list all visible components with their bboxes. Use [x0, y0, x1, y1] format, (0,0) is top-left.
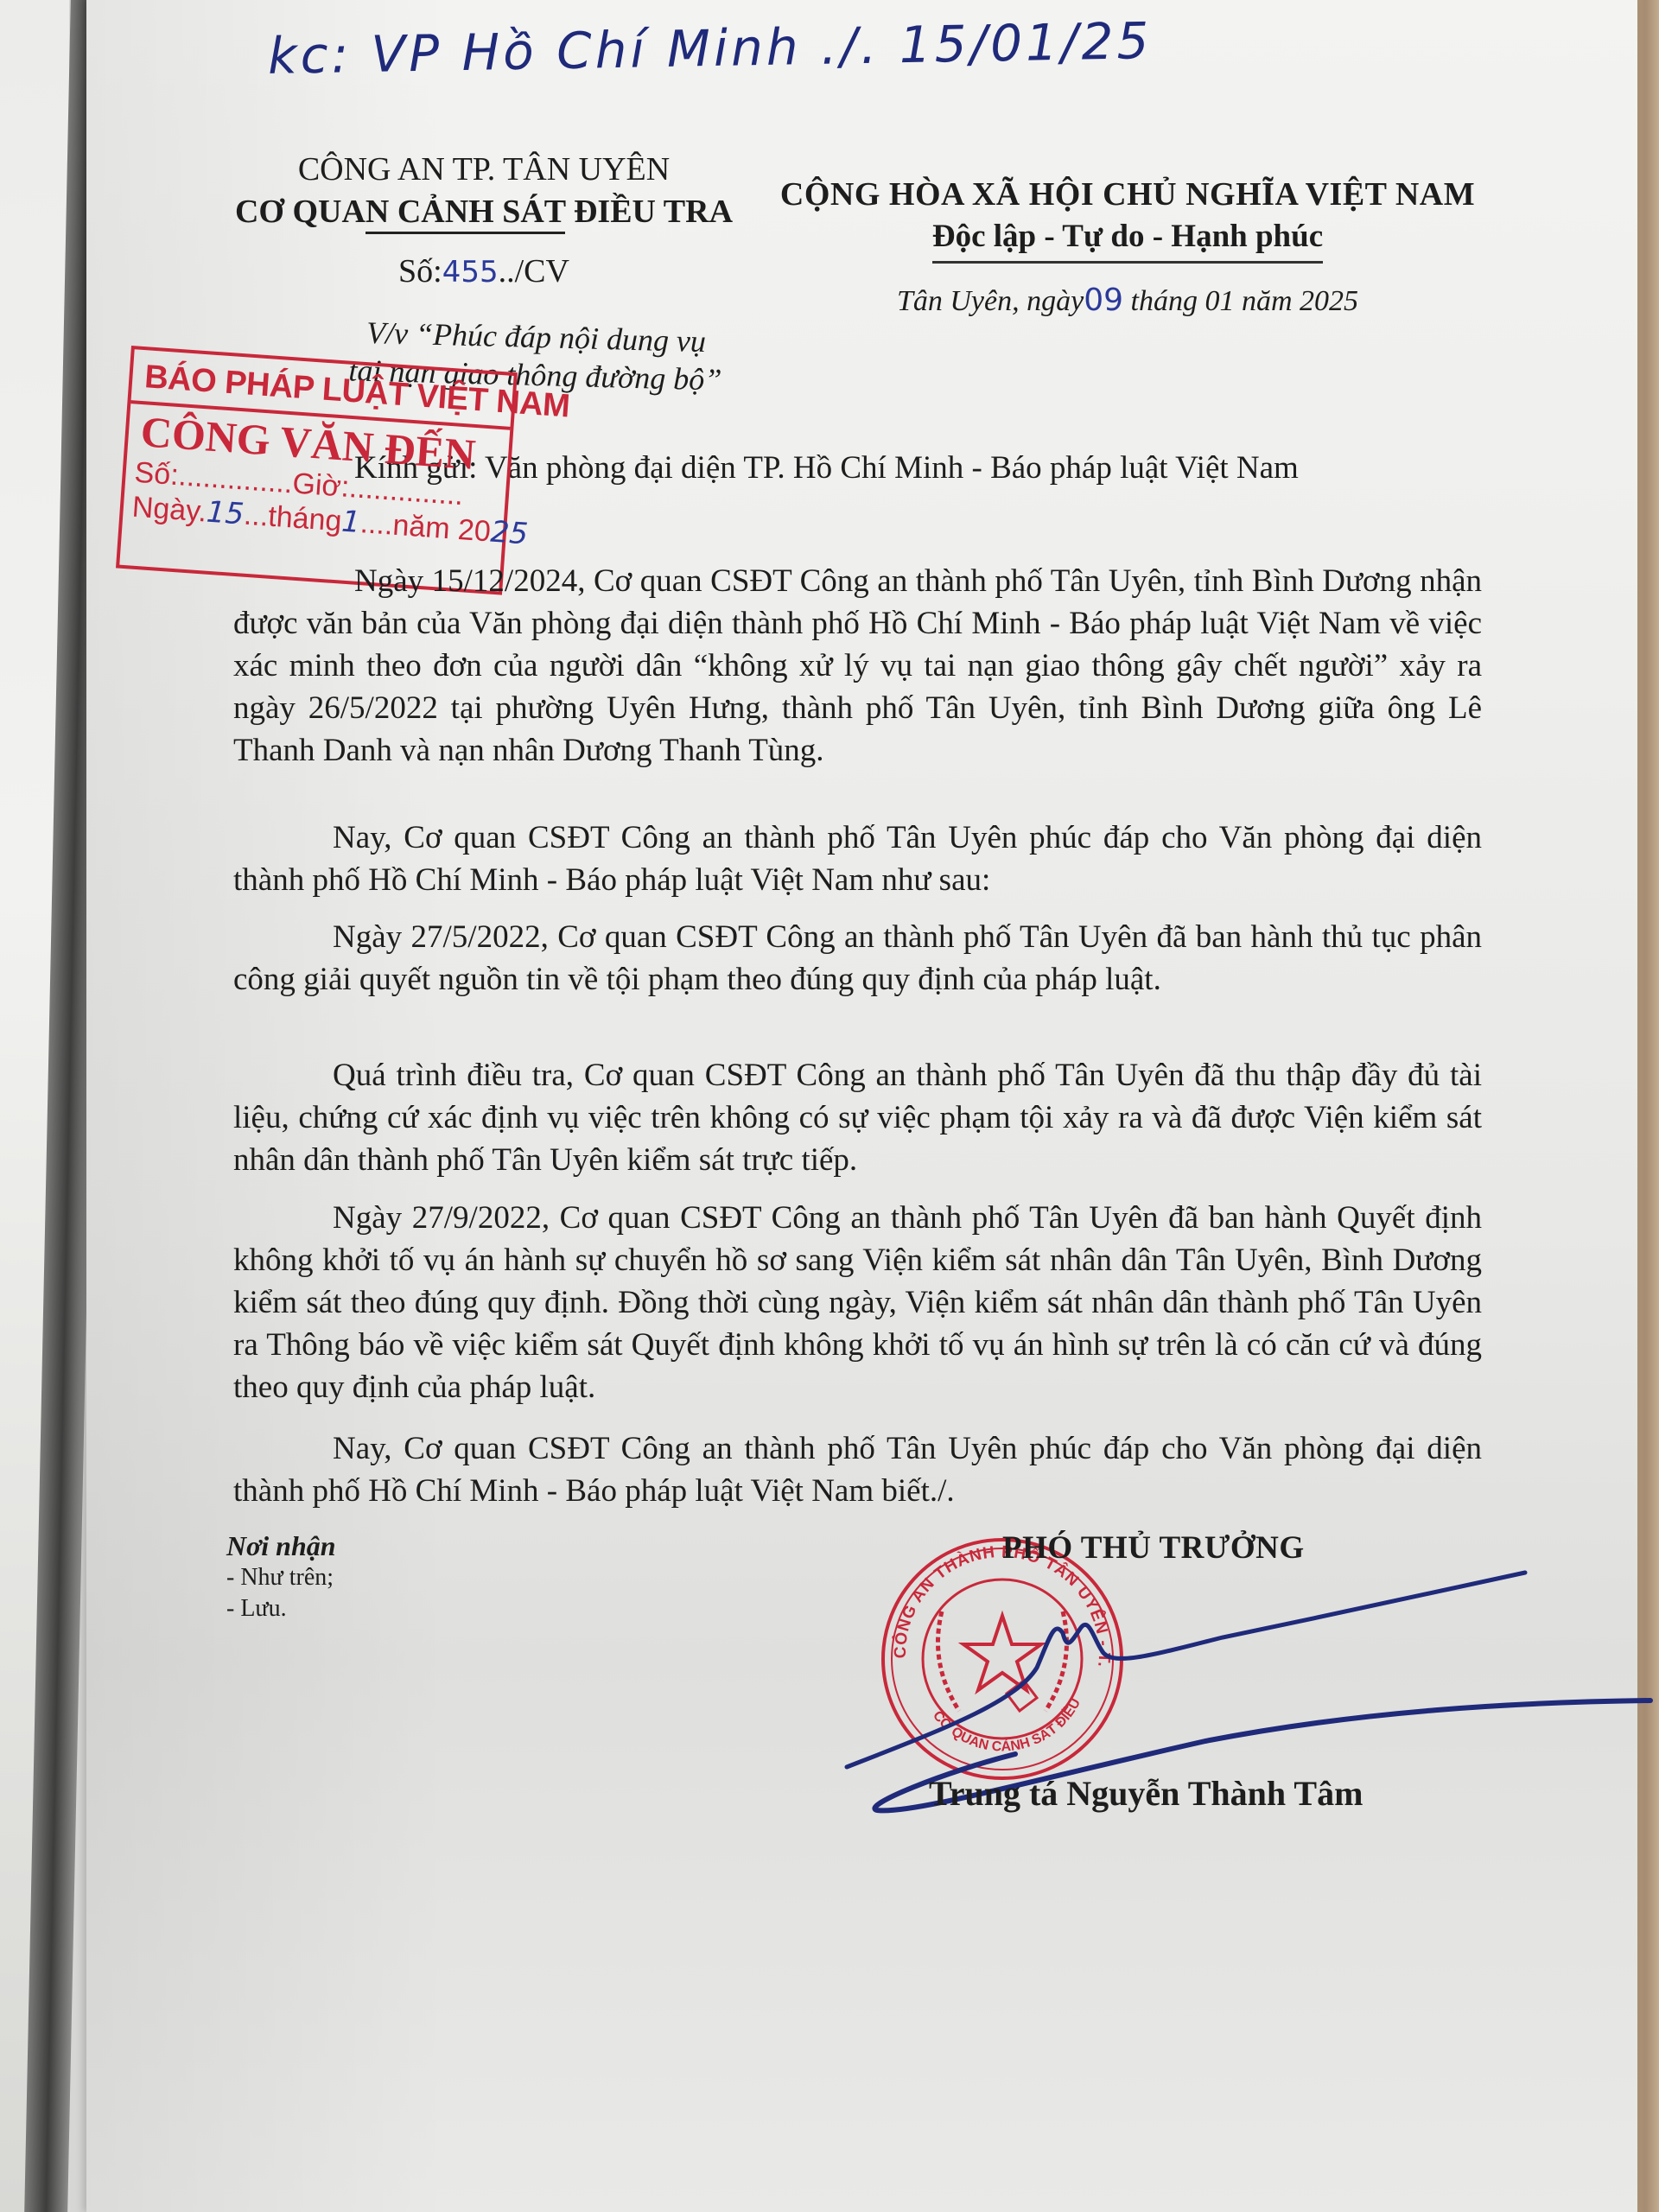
signatory-title: PHÓ THỦ TRƯỞNG: [1002, 1529, 1305, 1567]
recipients-list: Nơi nhận - Như trên; - Lưu.: [226, 1529, 336, 1624]
body-paragraph-2: Nay, Cơ quan CSĐT Công an thành phố Tân …: [233, 817, 1482, 924]
recipient-item: - Như trên;: [226, 1562, 336, 1593]
recipient-item: - Lưu.: [226, 1593, 336, 1624]
national-title: CỘNG HÒA XÃ HỘI CHỦ NGHĨA VIỆT NAM: [765, 173, 1491, 216]
document-number: Số:455../CV: [207, 251, 760, 293]
issuer-parent-agency: CÔNG AN TP. TÂN UYÊN: [207, 149, 760, 190]
body-paragraph-3: Ngày 27/5/2022, Cơ quan CSĐT Công an thà…: [233, 916, 1482, 1023]
document-date: Tân Uyên, ngày09 tháng 01 năm 2025: [765, 283, 1491, 318]
body-paragraph-1: Ngày 15/12/2024, Cơ quan CSĐT Công an th…: [233, 560, 1482, 794]
recipients-title: Nơi nhận: [226, 1529, 336, 1562]
national-header: CỘNG HÒA XÃ HỘI CHỦ NGHĨA VIỆT NAM Độc l…: [765, 173, 1491, 318]
signatory-name: Trung tá Nguyễn Thành Tâm: [929, 1773, 1363, 1814]
body-paragraph-4: Quá trình điều tra, Cơ quan CSĐT Công an…: [233, 1054, 1482, 1204]
national-motto: Độc lập - Tự do - Hạnh phúc: [932, 216, 1323, 264]
body-paragraph-6: Nay, Cơ quan CSĐT Công an thành phố Tân …: [233, 1427, 1482, 1535]
issuer-header: CÔNG AN TP. TÂN UYÊN CƠ QUAN CẢNH SÁT ĐI…: [207, 149, 760, 293]
received-stamp: BÁO PHÁP LUẬT VIỆT NAM CÔNG VĂN ĐẾN Số:.…: [116, 346, 518, 595]
body-paragraph-5: Ngày 27/9/2022, Cơ quan CSĐT Công an thà…: [233, 1197, 1482, 1431]
document-number-value: 455: [442, 255, 499, 289]
issuer-agency: CƠ QUAN CẢNH SÁT ĐIỀU TRA: [207, 190, 760, 233]
